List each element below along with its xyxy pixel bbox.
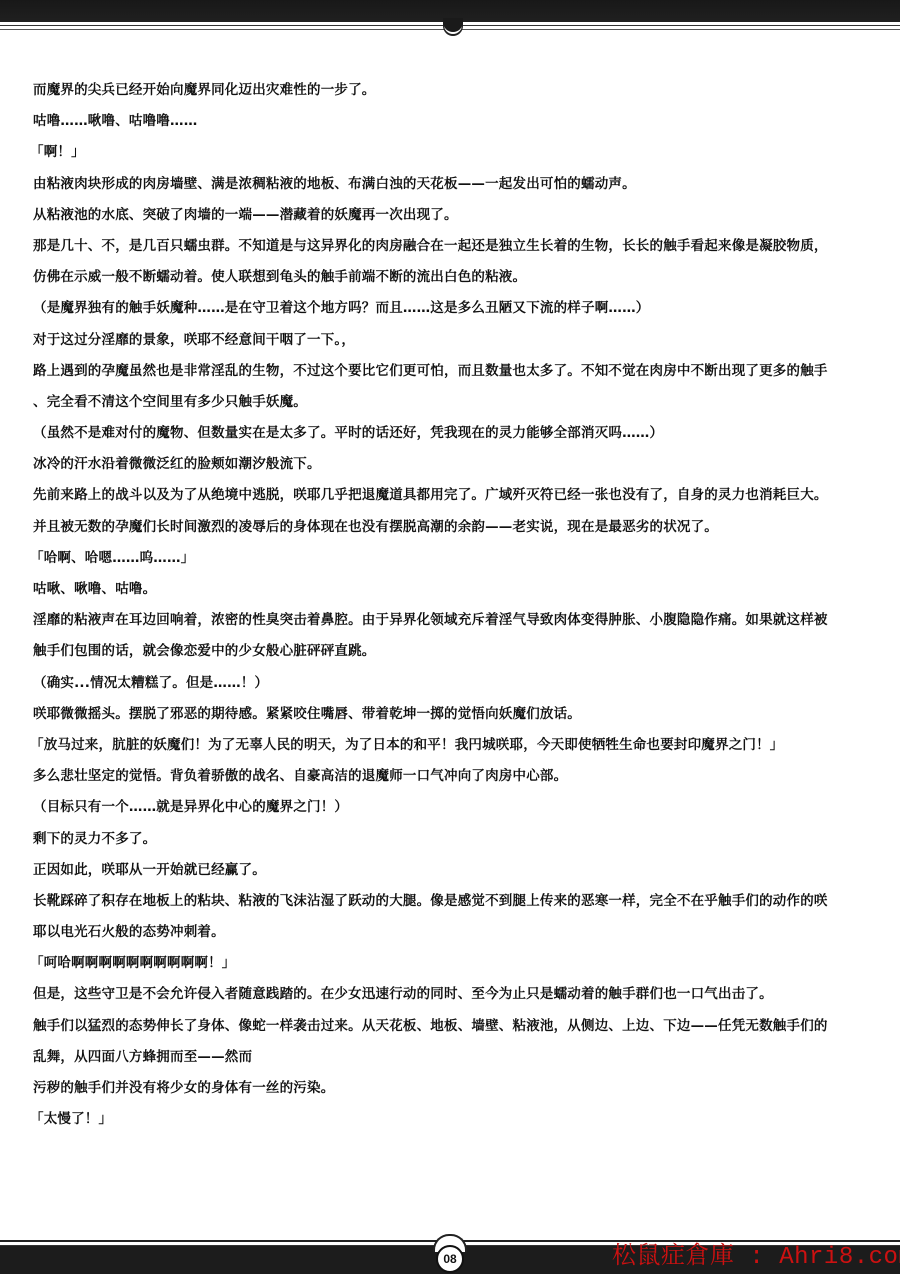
page-body-text: 而魔界的尖兵已经开始向魔界同化迈出灾难性的一步了。 咕噜……啾噜、咕噜噜…… 「… (33, 82, 873, 1142)
text-line: 并且被无数的孕魔们长时间激烈的凌辱后的身体现在也没有摆脱高潮的余韵——老实说，现… (33, 519, 873, 535)
text-line: 路上遇到的孕魔虽然也是非常淫乱的生物，不过这个要比它们更可怕，而且数量也太多了。… (33, 363, 873, 379)
thought-line: （虽然不是难对付的魔物、但数量实在是太多了。平时的话还好，凭我现在的灵力能够全部… (33, 425, 873, 441)
text-line: 耶以电光石火般的态势冲刺着。 (33, 924, 873, 940)
text-line: 咲耶微微摇头。摆脱了邪恶的期待感。紧紧咬住嘴唇、带着乾坤一掷的觉悟向妖魔们放话。 (33, 706, 873, 722)
text-line: 、完全看不清这个空间里有多少只触手妖魔。 (33, 394, 873, 410)
watermark-text: 松鼠症倉庫 : Ahri8.com (612, 1243, 900, 1273)
text-line: 乱舞，从四面八方蜂拥而至——然而 (33, 1049, 873, 1065)
text-line: 对于这过分淫靡的景象，咲耶不经意间干咽了一下。， (33, 332, 873, 348)
dialogue-line: 「太慢了！」 (30, 1111, 873, 1127)
text-line: 触手们包围的话，就会像恋爱中的少女般心脏砰砰直跳。 (33, 643, 873, 659)
dialogue-line: 「哈啊、哈嗯……呜……」 (30, 550, 873, 566)
text-line: 但是，这些守卫是不会允许侵入者随意践踏的。在少女迅速行动的同时、至今为止只是蠕动… (33, 986, 873, 1002)
text-line: 多么悲壮坚定的觉悟。背负着骄傲的战名、自豪高洁的退魔师一口气冲向了肉房中心部。 (33, 768, 873, 784)
text-line: 冰冷的汗水沿着微微泛红的脸颊如潮汐般流下。 (33, 456, 873, 472)
dialogue-line: 「啊！」 (30, 144, 873, 160)
text-line: 正因如此，咲耶从一开始就已经赢了。 (33, 862, 873, 878)
thought-line: （是魔界独有的触手妖魔种……是在守卫着这个地方吗？而且……这是多么丑陋又下流的样… (33, 300, 873, 316)
page-number: 08 (436, 1245, 464, 1273)
text-line: 而魔界的尖兵已经开始向魔界同化迈出灾难性的一步了。 (33, 82, 873, 98)
text-line: 触手们以猛烈的态势伸长了身体、像蛇一样袭击过来。从天花板、地板、墙壁、粘液池，从… (33, 1018, 873, 1034)
text-line: 剩下的灵力不多了。 (33, 831, 873, 847)
thought-line: （目标只有一个……就是异界化中心的魔界之门！） (33, 799, 873, 815)
text-line: 长靴踩碎了积存在地板上的粘块、粘液的飞沫沾湿了跃动的大腿。像是感觉不到腿上传来的… (33, 893, 873, 909)
text-line: 淫靡的粘液声在耳边回响着，浓密的性臭突击着鼻腔。由于异界化领域充斥着淫气导致肉体… (33, 612, 873, 628)
dialogue-line: 「呵哈啊啊啊啊啊啊啊啊啊啊！」 (30, 955, 873, 971)
text-line: 污秽的触手们并没有将少女的身体有一丝的污染。 (33, 1080, 873, 1096)
text-line: 先前来路上的战斗以及为了从绝境中逃脱，咲耶几乎把退魔道具都用完了。广域歼灭符已经… (33, 487, 873, 503)
thought-line: （确实...情况太糟糕了。但是……！） (33, 675, 873, 691)
dialogue-line: 「放马过来，肮脏的妖魔们！为了无辜人民的明天，为了日本的和平！我円城咲耶，今天即… (30, 737, 873, 753)
text-line: 咕啾、啾噜、咕噜。 (33, 581, 873, 597)
text-line: 咕噜……啾噜、咕噜噜…… (33, 113, 873, 129)
text-line: 由粘液肉块形成的肉房墙壁、满是浓稠粘液的地板、布满白浊的天花板——一起发出可怕的… (33, 176, 873, 192)
text-line: 那是几十、不，是几百只蠕虫群。不知道是与这异界化的肉房融合在一起还是独立生长着的… (33, 238, 873, 254)
text-line: 仿佛在示威一般不断蠕动着。使人联想到龟头的触手前端不断的流出白色的粘液。 (33, 269, 873, 285)
text-line: 从粘液池的水底、突破了肉墙的一端——潜藏着的妖魔再一次出现了。 (33, 207, 873, 223)
